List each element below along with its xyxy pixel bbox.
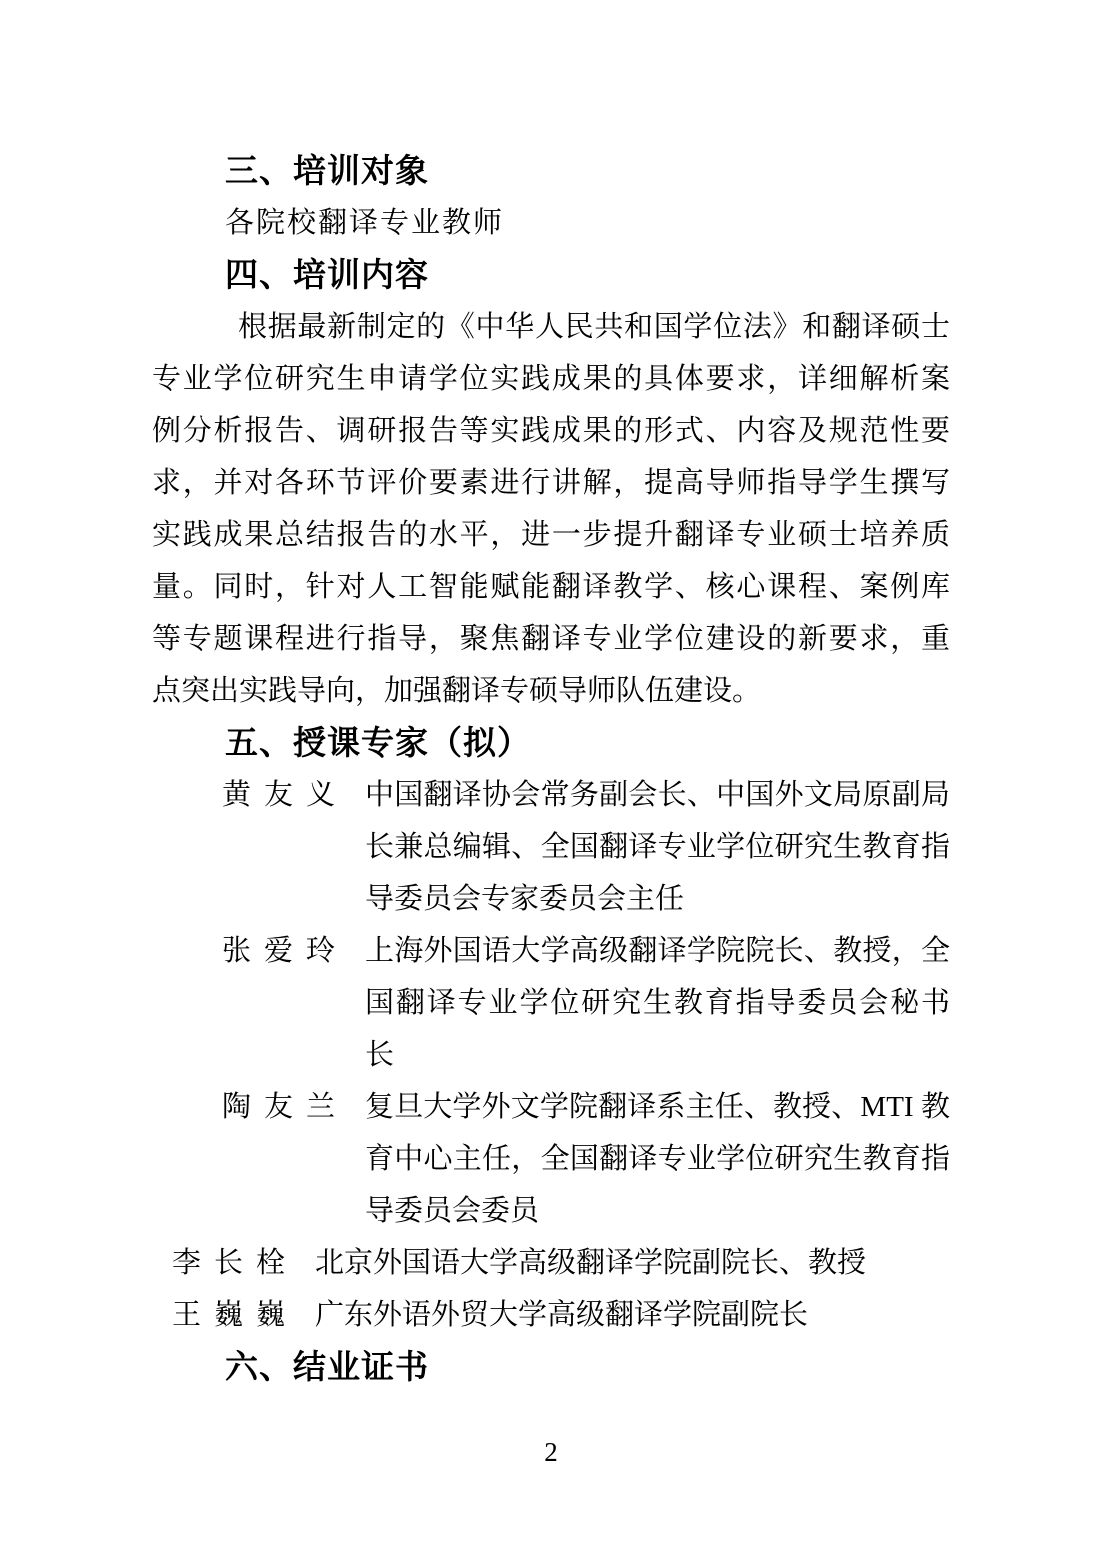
expert-row: 陶友兰 复旦大学外文学院翻译系主任、教授、MTI 教 育中心主任，全国翻译专业学… <box>152 1081 950 1237</box>
expert-description: 中国翻译协会常务副会长、中国外文局原副局 长兼总编辑、全国翻译专业学位研究生教育… <box>365 769 950 925</box>
expert-name: 王巍巍 <box>172 1289 315 1341</box>
expert-description: 北京外国语大学高级翻译学院副院长、教授 <box>315 1237 925 1289</box>
paragraph-line: 例分析报告、调研报告等实践成果的形式、内容及规范性要 <box>152 405 950 457</box>
lecturers-list: 黄友义 中国翻译协会常务副会长、中国外文局原副局 长兼总编辑、全国翻译专业学位研… <box>152 769 950 1341</box>
expert-description-line: 导委员会委员 <box>365 1185 950 1237</box>
expert-description-line: 北京外国语大学高级翻译学院副院长、教授 <box>315 1237 925 1289</box>
expert-description-line: 上海外国语大学高级翻译学院院长、教授，全 <box>365 925 950 977</box>
expert-row: 张爱玲 上海外国语大学高级翻译学院院长、教授，全 国翻译专业学位研究生教育指导委… <box>152 925 950 1081</box>
expert-description-line: 国翻译专业学位研究生教育指导委员会秘书 <box>365 977 950 1029</box>
expert-description-line: 长 <box>365 1029 950 1081</box>
section-heading-training-content: 四、培训内容 <box>152 249 950 301</box>
expert-description: 广东外语外贸大学高级翻译学院副院长 <box>315 1289 925 1341</box>
expert-description-line: 育中心主任，全国翻译专业学位研究生教育指 <box>365 1133 950 1185</box>
expert-name: 黄友义 <box>222 769 365 821</box>
expert-description-line: 长兼总编辑、全国翻译专业学位研究生教育指 <box>365 821 950 873</box>
paragraph-line: 实践成果总结报告的水平，进一步提升翻译专业硕士培养质 <box>152 509 950 561</box>
paragraph-line: 量。同时，针对人工智能赋能翻译教学、核心课程、案例库 <box>152 561 950 613</box>
section-heading-certificate: 六、结业证书 <box>152 1341 950 1393</box>
paragraph-line: 点突出实践导向，加强翻译专硕导师队伍建设。 <box>152 665 950 717</box>
section-heading-lecturers: 五、授课专家（拟） <box>152 717 950 769</box>
paragraph-line: 等专题课程进行指导，聚焦翻译专业学位建设的新要求，重 <box>152 613 950 665</box>
expert-name: 陶友兰 <box>222 1081 365 1133</box>
expert-description-line: 中国翻译协会常务副会长、中国外文局原副局 <box>365 769 950 821</box>
expert-name: 李长栓 <box>172 1237 315 1289</box>
training-target-text: 各院校翻译专业教师 <box>152 197 950 249</box>
training-content-paragraph: 根据最新制定的《中华人民共和国学位法》和翻译硕士 专业学位研究生申请学位实践成果… <box>152 301 950 717</box>
expert-description-line: 导委员会专家委员会主任 <box>365 873 950 925</box>
paragraph-line: 根据最新制定的《中华人民共和国学位法》和翻译硕士 <box>152 301 950 353</box>
expert-description-line: 复旦大学外文学院翻译系主任、教授、MTI 教 <box>365 1081 950 1133</box>
expert-row: 王巍巍 广东外语外贸大学高级翻译学院副院长 <box>152 1289 950 1341</box>
document-page: 三、培训对象 各院校翻译专业教师 四、培训内容 根据最新制定的《中华人民共和国学… <box>0 0 1102 1559</box>
expert-name: 张爱玲 <box>222 925 365 977</box>
expert-description-line: 广东外语外贸大学高级翻译学院副院长 <box>315 1289 925 1341</box>
expert-row: 李长栓 北京外国语大学高级翻译学院副院长、教授 <box>152 1237 950 1289</box>
page-number: 2 <box>0 1432 1102 1472</box>
paragraph-line: 求，并对各环节评价要素进行讲解，提高导师指导学生撰写 <box>152 457 950 509</box>
expert-description: 复旦大学外文学院翻译系主任、教授、MTI 教 育中心主任，全国翻译专业学位研究生… <box>365 1081 950 1237</box>
expert-row: 黄友义 中国翻译协会常务副会长、中国外文局原副局 长兼总编辑、全国翻译专业学位研… <box>152 769 950 925</box>
paragraph-line: 专业学位研究生申请学位实践成果的具体要求，详细解析案 <box>152 353 950 405</box>
section-heading-training-target: 三、培训对象 <box>152 145 950 197</box>
expert-description: 上海外国语大学高级翻译学院院长、教授，全 国翻译专业学位研究生教育指导委员会秘书… <box>365 925 950 1081</box>
